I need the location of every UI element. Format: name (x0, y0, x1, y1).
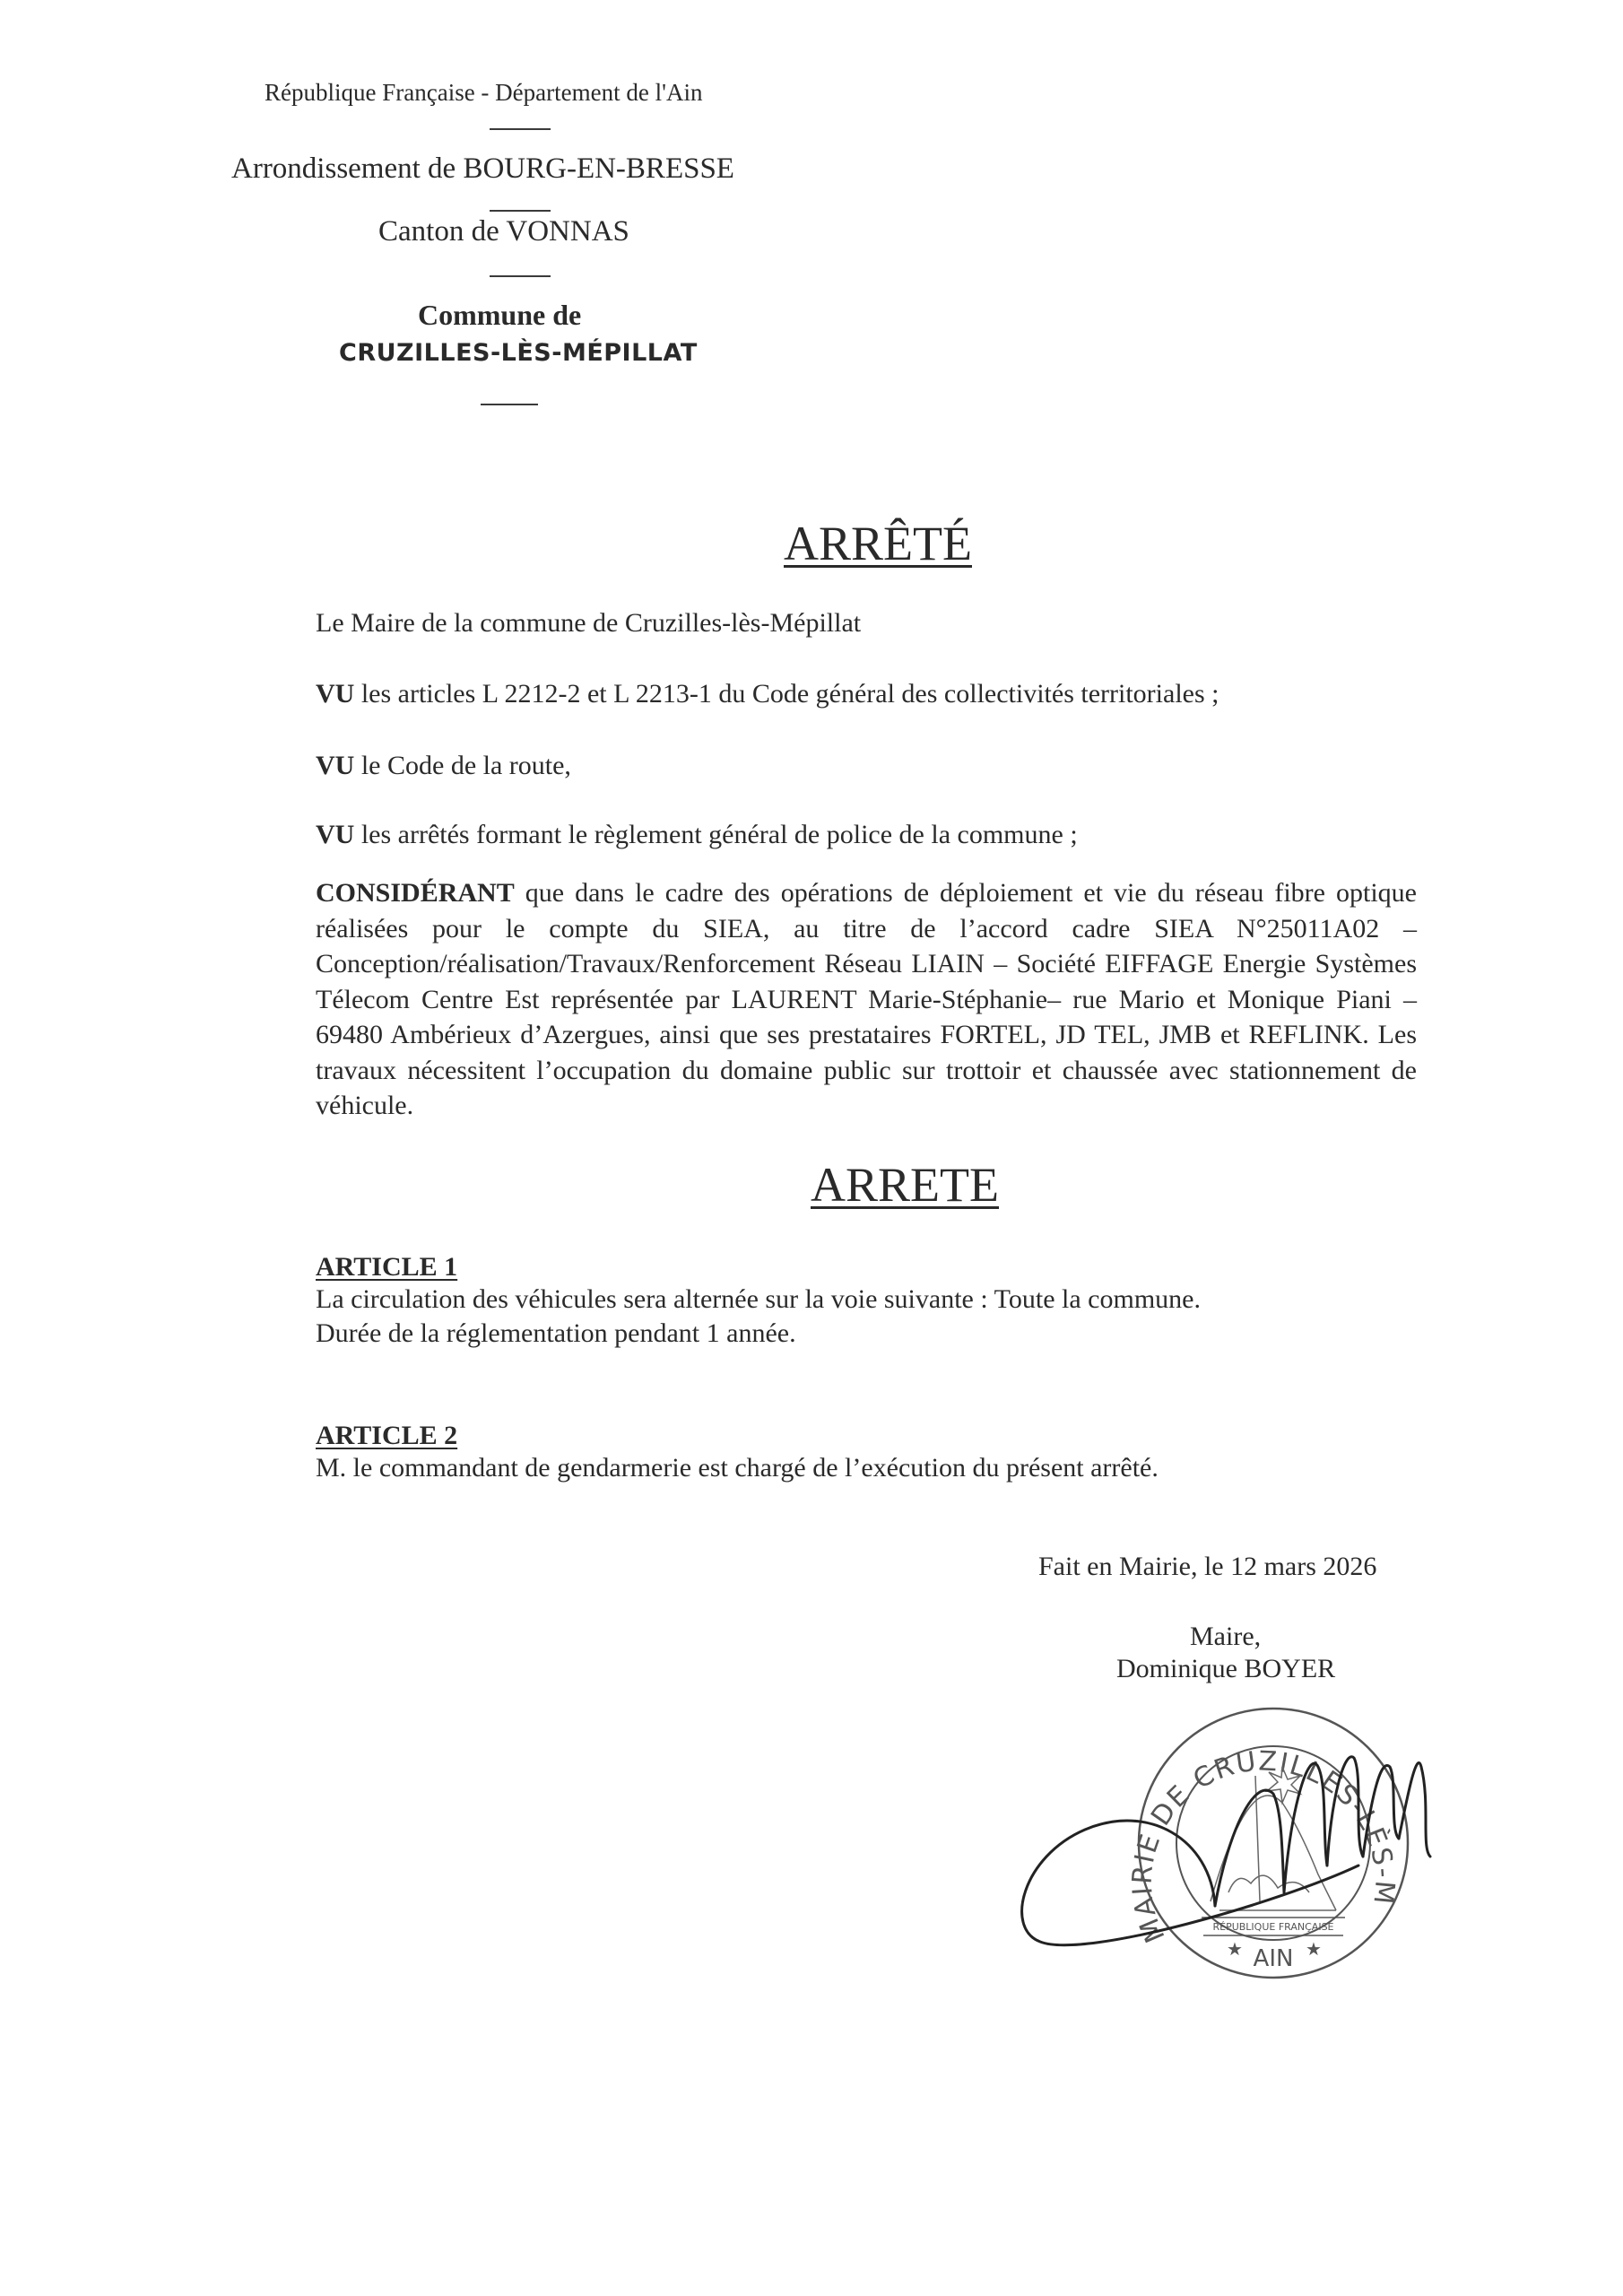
header-republique: République Française - Département de l'… (265, 79, 702, 107)
visa-text: les articles L 2212-2 et L 2213-1 du Cod… (354, 679, 1219, 709)
svg-text:★: ★ (1227, 1938, 1243, 1960)
decision-title: ARRETE (811, 1157, 999, 1213)
visa-paragraph: VU les articles L 2212-2 et L 2213-1 du … (316, 676, 1417, 712)
considerant-lead: CONSIDÉRANT (316, 878, 515, 908)
official-stamp-and-signature: MAIRIE DE CRUZILLES-LÈS-MÉPILLAT AIN ★ ★… (1013, 1695, 1462, 2000)
divider (490, 210, 551, 212)
considerant-paragraph: CONSIDÉRANT que dans le cadre des opérat… (316, 875, 1417, 1124)
header-arrondissement: Arrondissement de BOURG-EN-BRESSE (231, 152, 734, 186)
signatory-role: Maire, (1190, 1622, 1261, 1652)
visa-paragraph: VU le Code de la route, (316, 748, 1417, 784)
visa-lead: VU (316, 679, 354, 709)
article-1-line: La circulation des véhicules sera altern… (316, 1284, 1201, 1315)
visa-lead: VU (316, 820, 354, 849)
place-date: Fait en Mairie, le 12 mars 2026 (1038, 1552, 1376, 1582)
article-2-line: M. le commandant de gendarmerie est char… (316, 1453, 1159, 1483)
header-commune-label: Commune de (418, 299, 581, 332)
document-title: ARRÊTÉ (784, 516, 972, 571)
divider (481, 404, 538, 405)
visa-text: le Code de la route, (354, 751, 571, 780)
divider (490, 275, 551, 277)
header-canton: Canton de VONNAS (378, 215, 629, 248)
header-commune-name: CRUZILLES-LÈS-MÉPILLAT (339, 339, 698, 367)
svg-text:RÉPUBLIQUE FRANÇAISE: RÉPUBLIQUE FRANÇAISE (1212, 1921, 1333, 1933)
signatory-name: Dominique BOYER (1116, 1654, 1335, 1684)
mairie-seal-icon: MAIRIE DE CRUZILLES-LÈS-MÉPILLAT AIN ★ ★… (1013, 1695, 1462, 2000)
divider (490, 128, 551, 130)
svg-text:MAIRIE DE CRUZILLES-LÈS-MÉPILL: MAIRIE DE CRUZILLES-LÈS-MÉPILLAT (1013, 1695, 1401, 1947)
article-1-title: ARTICLE 1 (316, 1252, 457, 1283)
visa-text: les arrêtés formant le règlement général… (354, 820, 1077, 849)
visa-lead: VU (316, 751, 354, 780)
intro-paragraph: Le Maire de la commune de Cruzilles-lès-… (316, 605, 1417, 641)
svg-text:AIN: AIN (1254, 1945, 1294, 1972)
visa-paragraph: VU les arrêtés formant le règlement géné… (316, 817, 1417, 853)
svg-text:★: ★ (1306, 1938, 1322, 1960)
considerant-text: que dans le cadre des opérations de dépl… (316, 878, 1417, 1120)
article-2-title: ARTICLE 2 (316, 1421, 457, 1451)
article-1-line: Durée de la réglementation pendant 1 ann… (316, 1318, 796, 1349)
